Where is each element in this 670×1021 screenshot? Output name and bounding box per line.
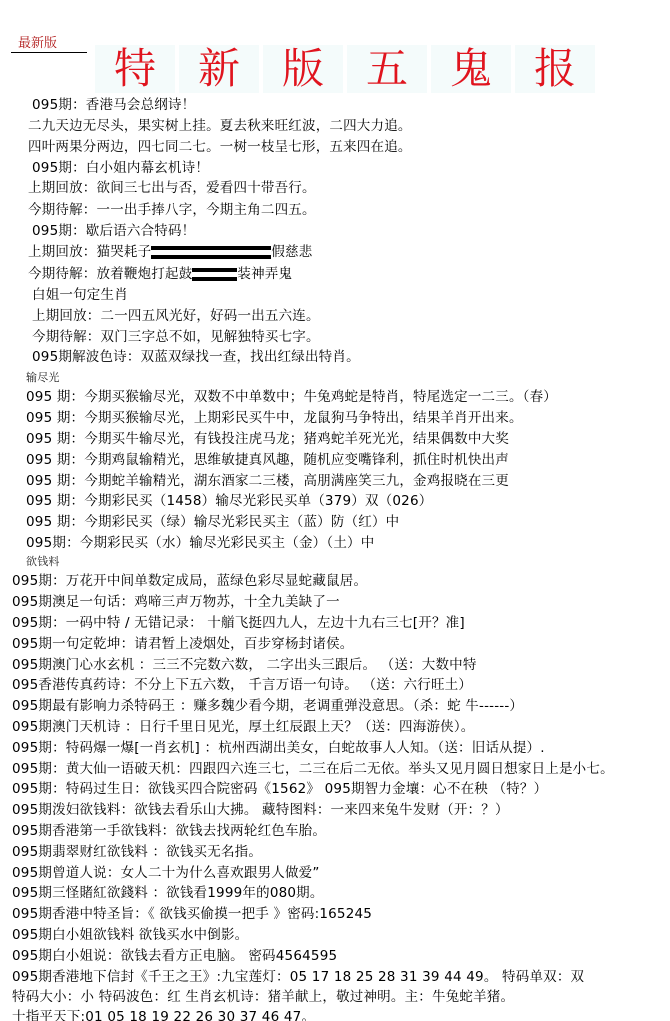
text-line: 095期解波色诗：双蓝双绿找一查，找出红绿出特肖。 [32,347,360,367]
text-line: 095期澳门天机诗 ：日行千里日见光，厚土红辰跟上天？（送：四海游侠）。 [12,717,475,737]
text-line: 095期澳门心水玄机 ：三三不完数六数， 二字出头三跟后。 （送：大数中特 [12,655,477,675]
line-text-after: 装神弄鬼 [237,266,292,282]
text-line: 095期白小姐欲钱料 欲钱买水中倒影。 [12,925,248,945]
title-char: 新 [179,45,259,93]
text-line: 095期：万花开中间单数定成局，蓝绿色彩尽显蛇藏鼠居。 [12,571,367,591]
text-line: 095期：黄大仙一语破天机：四跟四六连三七，二三在后二无依。举头又见月圆日想家日… [12,759,614,779]
text-line: 095 期：今期蛇羊输精光，湖东酒家二三楼，高朋满座笑三九，金鸡报晓在三更 [26,471,509,491]
line-text-before: 上期回放：猫哭耗子 [28,244,151,260]
title-char: 版 [263,45,343,93]
text-line: 095期澳足一句话：鸡啼三声万物苏，十全九美缺了一 [12,592,340,612]
text-line: 特码大小：小 特码波色：红 生肖玄机诗：猪羊献上，敬过神明。主：牛兔蛇羊猪。 [12,987,514,1007]
text-line: 095 期：今期买猴输尽光，双数不中单数中；牛兔鸡蛇是特肖，特尾选定一二三。（春… [26,387,557,407]
text-line: 上期回放：二一四五风光好，好码一出五六连。 [32,306,320,326]
text-line: 095期三怪賭紅欲錢料 ：欲钱看1999年的080期。 [12,883,324,903]
text-line: 今期待解：一一出手捧八字，今期主角二四五。 [28,200,316,220]
page-title: 特新版五鬼报 [95,45,599,93]
corner-divider [11,52,87,53]
title-char: 报 [515,45,595,93]
text-line: 095香港传真药诗：不分上下五六数， 千言万语一句诗。 （送：六行旺土） [12,675,472,695]
text-line: 095 期：今期买猴输尽光，上期彩民买牛中，龙鼠狗马争特出，结果羊肖开出来。 [26,408,523,428]
text-line: 095期：今期彩民买（水）输尽光彩民买主（金）（土）中 [26,533,374,553]
title-char: 特 [95,45,175,93]
line-text-before: 今期待解：放着鞭炮打起鼓 [28,266,192,282]
text-line: 095期：特码爆一爆[一肖玄机] ：杭州西湖出美女，白蛇故事人人知。（送：旧话从… [12,738,545,758]
text-line: 上期回放：欲间三七出与否，爱看四十带吾行。 [28,178,316,198]
corner-label: 最新版 [18,32,57,51]
text-line: 今期待解：放着鞭炮打起鼓装神弄鬼 [28,264,292,284]
text-line: 二九天边无尽头，果实树上挂。夏去秋来旺红波，二四大力追。 [28,116,412,136]
text-line: 今期待解：双门三字总不如，见解独特买七字。 [32,327,320,347]
text-line: 095 期：今期彩民买（绿）输尽光彩民买主（蓝）防（红）中 [26,512,399,532]
text-line: 095期：香港马会总纲诗！ [32,95,195,115]
text-line: 095期：特码过生日：欲钱买四合院密码《1562》 095期智力金壤：心不在秧 … [12,779,547,799]
text-line: 095期翡翠财红欲钱料 ：欲钱买无名指。 [12,842,262,862]
text-line: 095期泼妇欲钱料：欲钱去看乐山大拂。 藏特图料：一来四来兔牛发财（开：？） [12,800,509,820]
text-line: 上期回放：猫哭耗子假慈悲 [28,242,312,262]
text-line: 095期香港地下信封《千王之王》:九宝莲灯：05 17 18 25 28 31 … [12,967,584,987]
line-text-after: 假慈悲 [271,244,312,260]
text-line: 095期曾道人说：女人二十为什么喜欢跟男人做爱” [12,863,320,883]
text-line: 095期最有影响力杀特码王 ：赚多魏少看今期，老调重弹没意思。（杀：蛇 牛---… [12,696,523,716]
title-char: 鬼 [431,45,511,93]
text-line: 095期香港第一手欲钱料：欲钱去找两轮红色车胎。 [12,821,326,841]
text-line: 095期：歇后语六合特码！ [32,221,195,241]
text-line: 095期白小姐说：欲钱去看方正电脑。 密码4564595 [12,946,337,966]
text-line: 十指平天下:01 05 18 19 22 26 30 37 46 47。 [12,1007,315,1021]
text-line: 白姐一句定生肖 [32,285,128,305]
redacted-blocks [151,246,271,259]
title-char: 五 [347,45,427,93]
section-label: 欲钱料 [26,552,60,572]
redacted-blocks [192,268,237,281]
text-line: 095 期：今期鸡鼠输精光，思维敏捷真风趣，随机应变嘴锋利，抓住时机快出声 [26,450,509,470]
text-line: 095期香港中特圣旨：《 欲钱买偷摸一把手 》密码:165245 [12,904,372,924]
text-line: 095期：白小姐内幕玄机诗！ [32,158,209,178]
text-line: 四叶两果分两边，四七同二七。一树一枝呈七形，五来四在追。 [28,137,412,157]
section-label: 输尽光 [26,368,60,388]
text-line: 095期一句定乾坤：请君暂上凌烟处，百步穿杨封诸侯。 [12,634,353,654]
text-line: 095 期：今期彩民买（1458）输尽光彩民买单（379）双（026） [26,491,432,511]
text-line: 095 期：今期买牛输尽光，有钱投注虎马龙；猪鸡蛇羊死光光，结果偶数中大奖 [26,429,509,449]
text-line: 095期：一码中特 / 无错记录： 十艏飞挺四九人，左边十九右三七[开？准] [12,613,465,633]
